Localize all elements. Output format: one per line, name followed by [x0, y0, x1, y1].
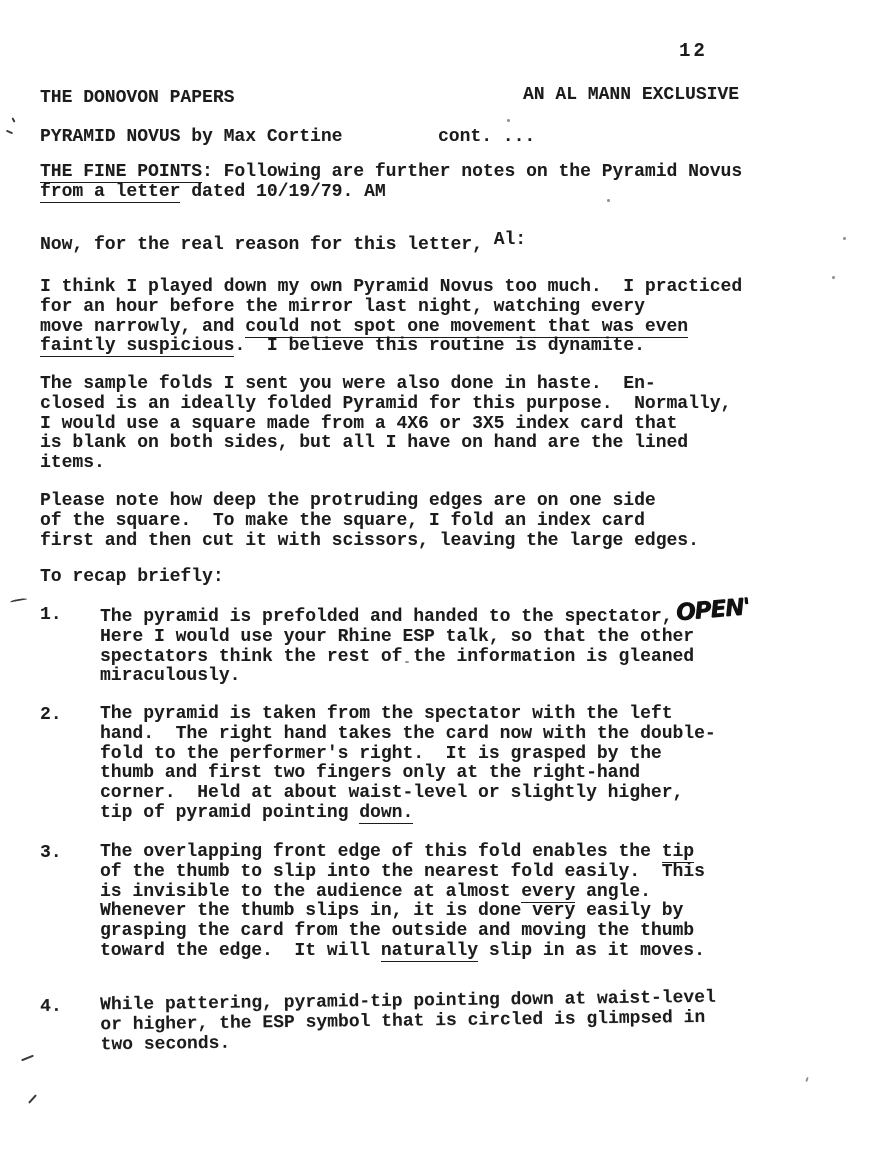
text-segment: . I believe this routine is dynamite.: [234, 336, 644, 356]
text-line: spectators think the rest of the informa…: [100, 648, 749, 668]
text-line: move narrowly, and could not spot one mo…: [40, 318, 742, 338]
underlined-text: naturally: [381, 941, 478, 962]
underlined-text: every: [521, 882, 575, 903]
text-line: is invisible to the audience at almost e…: [100, 883, 705, 903]
ink-mark: [11, 117, 15, 122]
ink-mark: [28, 1094, 37, 1104]
text-line: of the square. To make the square, I fol…: [40, 512, 699, 532]
text-line: Please note how deep the protruding edge…: [40, 492, 699, 512]
text-line: grasping the card from the outside and m…: [100, 922, 705, 942]
scan-speck: [607, 199, 610, 202]
text-segment: for an hour before the mirror last night…: [40, 297, 645, 317]
text-segment: angle.: [575, 882, 651, 902]
text-segment: Al:: [494, 230, 526, 250]
text-segment: Now, for the real reason for this letter…: [40, 235, 494, 255]
underlined-text: down.: [359, 803, 413, 824]
article-title: PYRAMID NOVUS by Max Cortine: [40, 127, 342, 147]
underlined-text: could not spot one movement that was eve…: [245, 317, 688, 338]
text-line: Whenever the thumb slips in, it is done …: [100, 902, 705, 922]
text-line: fold to the performer's right. It is gra…: [100, 745, 716, 765]
text-segment: two seconds.: [100, 1033, 230, 1055]
text-line: first and then cut it with scissors, lea…: [40, 532, 699, 552]
ink-mark: [10, 598, 27, 603]
text-line: is blank on both sides, but all I have o…: [40, 434, 731, 454]
underlined-text: tip: [662, 842, 694, 863]
text-line: THE FINE POINTS: Following are further n…: [40, 163, 742, 183]
text-line: toward the edge. It will naturally slip …: [100, 942, 705, 962]
text-line: hand. The right hand takes the card now …: [100, 725, 716, 745]
text-segment: Whenever the thumb slips in, it is done …: [100, 901, 683, 921]
text-segment: spectators think the rest of the informa…: [100, 647, 694, 667]
text-segment: Please note how deep the protruding edge…: [40, 491, 656, 511]
opening: Now, for the real reason for this letter…: [40, 236, 526, 256]
document-page: 12 THE DONOVON PAPERS AN AL MANN EXCLUSI…: [0, 0, 883, 1159]
item-1: 1.The pyramid is prefolded and handed to…: [40, 605, 749, 687]
list-number: 2.: [40, 705, 62, 725]
text-line: faintly suspicious. I believe this routi…: [40, 337, 742, 357]
text-line: corner. Held at about waist-level or sli…: [100, 784, 716, 804]
scan-speck: [843, 237, 846, 240]
text-line: Here I would use your Rhine ESP talk, so…: [100, 628, 749, 648]
fine-points: THE FINE POINTS: Following are further n…: [40, 163, 742, 203]
text-segment: move narrowly, and: [40, 317, 245, 337]
list-number: 4.: [40, 997, 62, 1017]
text-line: I would use a square made from a 4X6 or …: [40, 415, 731, 435]
text-segment: tip of pyramid pointing: [100, 803, 359, 823]
recap-intro: To recap briefly:: [40, 568, 224, 588]
text-segment: of the thumb to slip into the nearest fo…: [100, 862, 705, 882]
text-line: To recap briefly:: [40, 568, 224, 588]
text-segment: : Following are further notes on the Pyr…: [202, 162, 742, 182]
text-line: thumb and first two fingers only at the …: [100, 764, 716, 784]
text-segment: The pyramid is taken from the spectator …: [100, 704, 673, 724]
handwritten-note: OPEN': [675, 598, 750, 624]
text-segment: of the square. To make the square, I fol…: [40, 511, 645, 531]
text-line: miraculously.: [100, 667, 749, 687]
para-2: The sample folds I sent you were also do…: [40, 375, 731, 474]
item-3: 3.The overlapping front edge of this fol…: [40, 843, 705, 962]
underlined-text: THE FINE POINTS: [40, 162, 202, 183]
text-line: items.: [40, 454, 731, 474]
text-segment: hand. The right hand takes the card now …: [100, 724, 716, 744]
text-line: for an hour before the mirror last night…: [40, 298, 742, 318]
text-segment: thumb and first two fingers only at the …: [100, 763, 640, 783]
text-segment: To recap briefly:: [40, 567, 224, 587]
header-left-title: THE DONOVON PAPERS: [40, 88, 234, 108]
text-segment: The sample folds I sent you were also do…: [40, 374, 656, 394]
continuation-label: cont. ...: [438, 127, 535, 147]
text-segment: fold to the performer's right. It is gra…: [100, 744, 662, 764]
text-segment: The pyramid is prefolded and handed to t…: [100, 607, 673, 627]
text-segment: closed is an ideally folded Pyramid for …: [40, 394, 731, 414]
list-number: 1.: [40, 605, 62, 625]
item-4: 4.While pattering, pyramid-tip pointing …: [40, 989, 716, 1057]
page-number: 12: [679, 40, 708, 62]
text-line: Now, for the real reason for this letter…: [40, 236, 526, 256]
text-line: from a letter dated 10/19/79. AM: [40, 183, 742, 203]
text-line: The overlapping front edge of this fold …: [100, 843, 705, 863]
text-line: tip of pyramid pointing down.: [100, 804, 716, 824]
text-segment: I would use a square made from a 4X6 or …: [40, 414, 677, 434]
ink-mark: [21, 1055, 34, 1062]
text-segment: first and then cut it with scissors, lea…: [40, 531, 699, 551]
text-segment: The overlapping front edge of this fold …: [100, 842, 662, 862]
scan-speck: [507, 119, 510, 122]
underlined-text: from a letter: [40, 182, 180, 203]
scan-speck: [805, 1077, 809, 1082]
scan-speck: [832, 276, 835, 279]
item-2: 2.The pyramid is taken from the spectato…: [40, 705, 716, 824]
text-segment: slip in as it moves.: [478, 941, 705, 961]
text-segment: dated 10/19/79. AM: [180, 182, 385, 202]
para-1: I think I played down my own Pyramid Nov…: [40, 278, 742, 357]
text-line: The sample folds I sent you were also do…: [40, 375, 731, 395]
text-segment: is blank on both sides, but all I have o…: [40, 433, 688, 453]
para-3: Please note how deep the protruding edge…: [40, 492, 699, 551]
text-line: The pyramid is taken from the spectator …: [100, 705, 716, 725]
scan-speck: [405, 661, 409, 663]
text-segment: items.: [40, 453, 105, 473]
text-segment: corner. Held at about waist-level or sli…: [100, 783, 683, 803]
text-segment: miraculously.: [100, 666, 240, 686]
text-line: closed is an ideally folded Pyramid for …: [40, 395, 731, 415]
text-line: The pyramid is prefolded and handed to t…: [100, 605, 749, 628]
header-right-title: AN AL MANN EXCLUSIVE: [523, 85, 739, 105]
text-segment: Here I would use your Rhine ESP talk, so…: [100, 627, 694, 647]
text-line: I think I played down my own Pyramid Nov…: [40, 278, 742, 298]
text-line: of the thumb to slip into the nearest fo…: [100, 863, 705, 883]
text-segment: grasping the card from the outside and m…: [100, 921, 694, 941]
list-number: 3.: [40, 843, 62, 863]
text-segment: I think I played down my own Pyramid Nov…: [40, 277, 742, 297]
ink-mark: [6, 130, 13, 135]
text-segment: is invisible to the audience at almost: [100, 882, 521, 902]
underlined-text: faintly suspicious: [40, 336, 234, 357]
text-segment: toward the edge. It will: [100, 941, 381, 961]
